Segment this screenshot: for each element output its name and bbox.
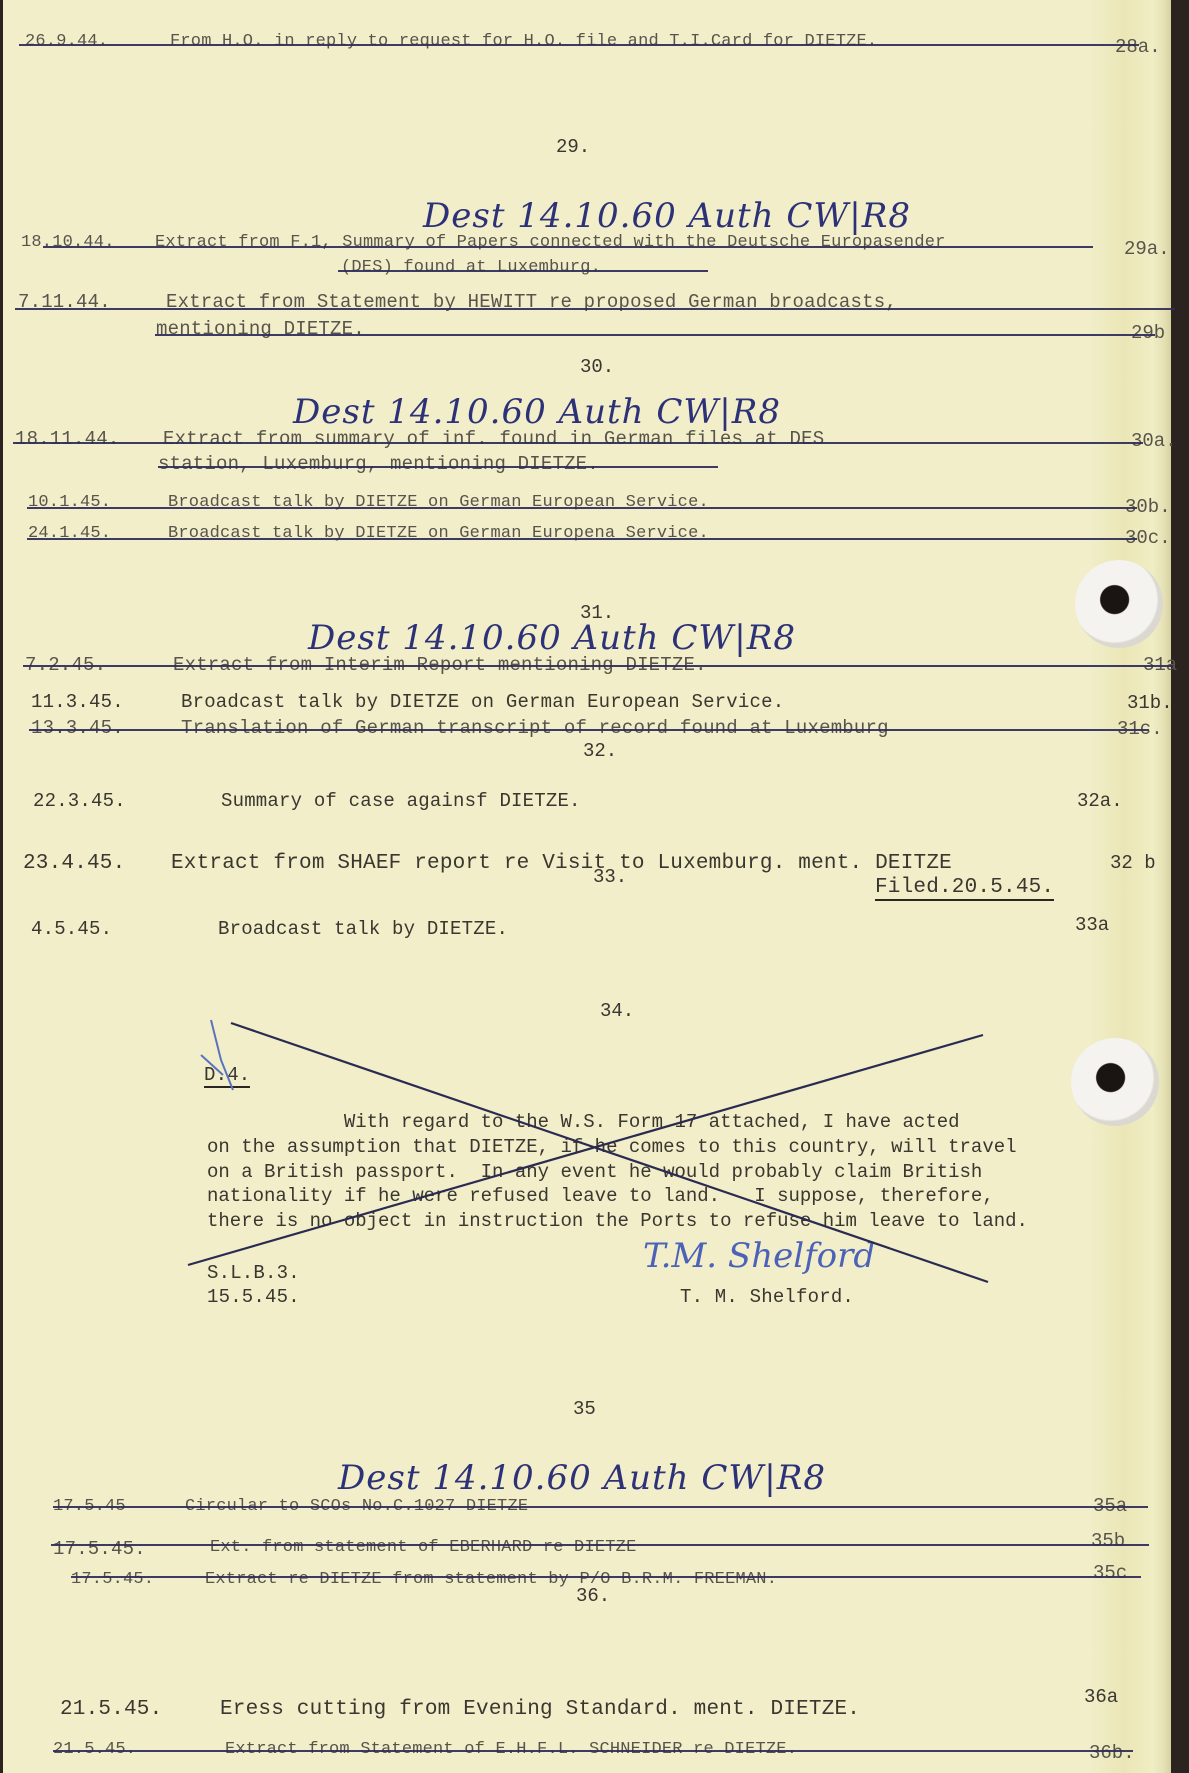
entry-date: 17.5.45. <box>71 1570 154 1589</box>
entry-folio: 36a <box>1084 1686 1118 1708</box>
entry-date: 21.5.45. <box>60 1698 162 1721</box>
entry-folio: 35c <box>1093 1562 1127 1584</box>
destruction-note: Dest 14.10.60 Auth CW|R8 <box>338 1458 826 1498</box>
section-number: 35 <box>573 1398 596 1420</box>
strike-line <box>71 1576 1141 1578</box>
strike-line <box>53 1506 1148 1508</box>
entry-description: Ext. from statement of EBERHARD re DIETZ… <box>210 1538 636 1557</box>
entry-folio: 35b <box>1091 1530 1125 1552</box>
entry-description: Extract re DIETZE from statement by P/O … <box>205 1570 777 1589</box>
section-number: 36. <box>576 1585 610 1607</box>
entry-folio: 36b. <box>1089 1742 1135 1764</box>
entry-date: 17.5.45. <box>53 1538 146 1560</box>
document-page: 26.9.44. From H.O. in reply to request f… <box>3 0 1171 1773</box>
strike-line <box>51 1544 1149 1546</box>
strike-line <box>53 1750 1133 1752</box>
entry-description: Eress cutting from Evening Standard. men… <box>220 1698 860 1721</box>
